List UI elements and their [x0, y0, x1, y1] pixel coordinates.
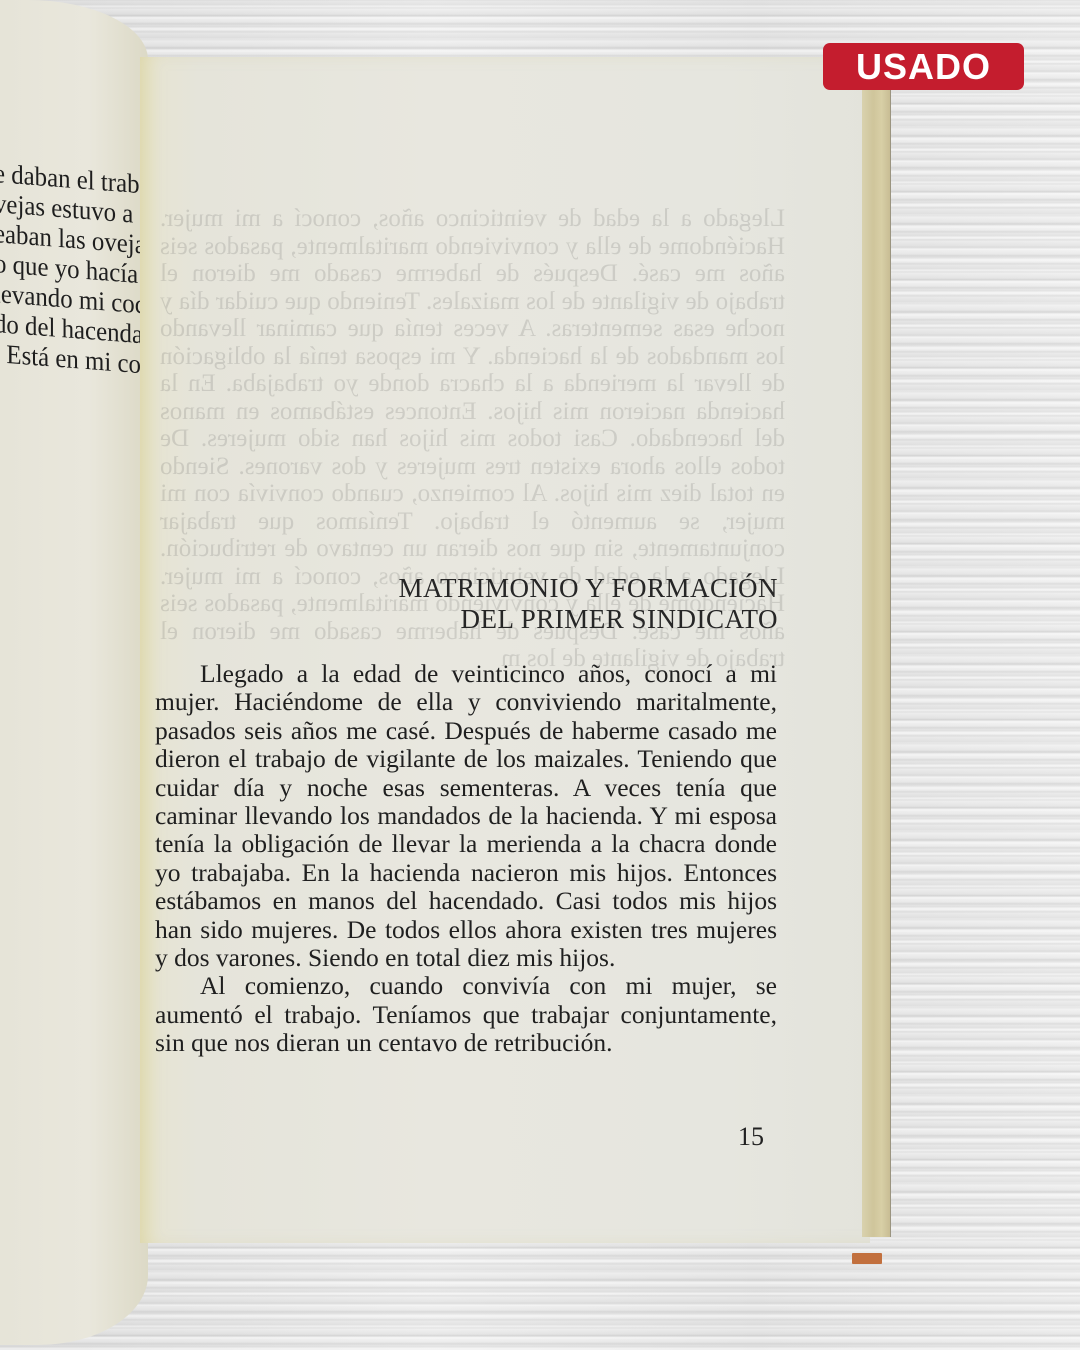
- left-page: e daban el trabajo vejas estuvo a mi c e…: [0, 0, 148, 1345]
- chapter-body: Llegado a la edad de veinticinco años, c…: [155, 660, 777, 1058]
- page-number: 15: [738, 1122, 764, 1152]
- chapter-title: MATRIMONIO Y FORMACIÓN DEL PRIMER SINDIC…: [330, 573, 778, 635]
- book-cover-corner: [852, 1253, 882, 1264]
- chapter-title-line-1: MATRIMONIO Y FORMACIÓN: [330, 573, 778, 604]
- book-page-edge: [862, 72, 891, 1237]
- chapter-title-line-2: DEL PRIMER SINDICATO: [330, 604, 778, 635]
- left-page-text: e daban el trabajo vejas estuvo a mi c e…: [0, 158, 148, 381]
- paragraph: Llegado a la edad de veinticinco años, c…: [155, 660, 777, 972]
- paragraph: Al comienzo, cuando convivía con mi muje…: [155, 972, 777, 1057]
- used-condition-badge: USADO: [823, 43, 1024, 90]
